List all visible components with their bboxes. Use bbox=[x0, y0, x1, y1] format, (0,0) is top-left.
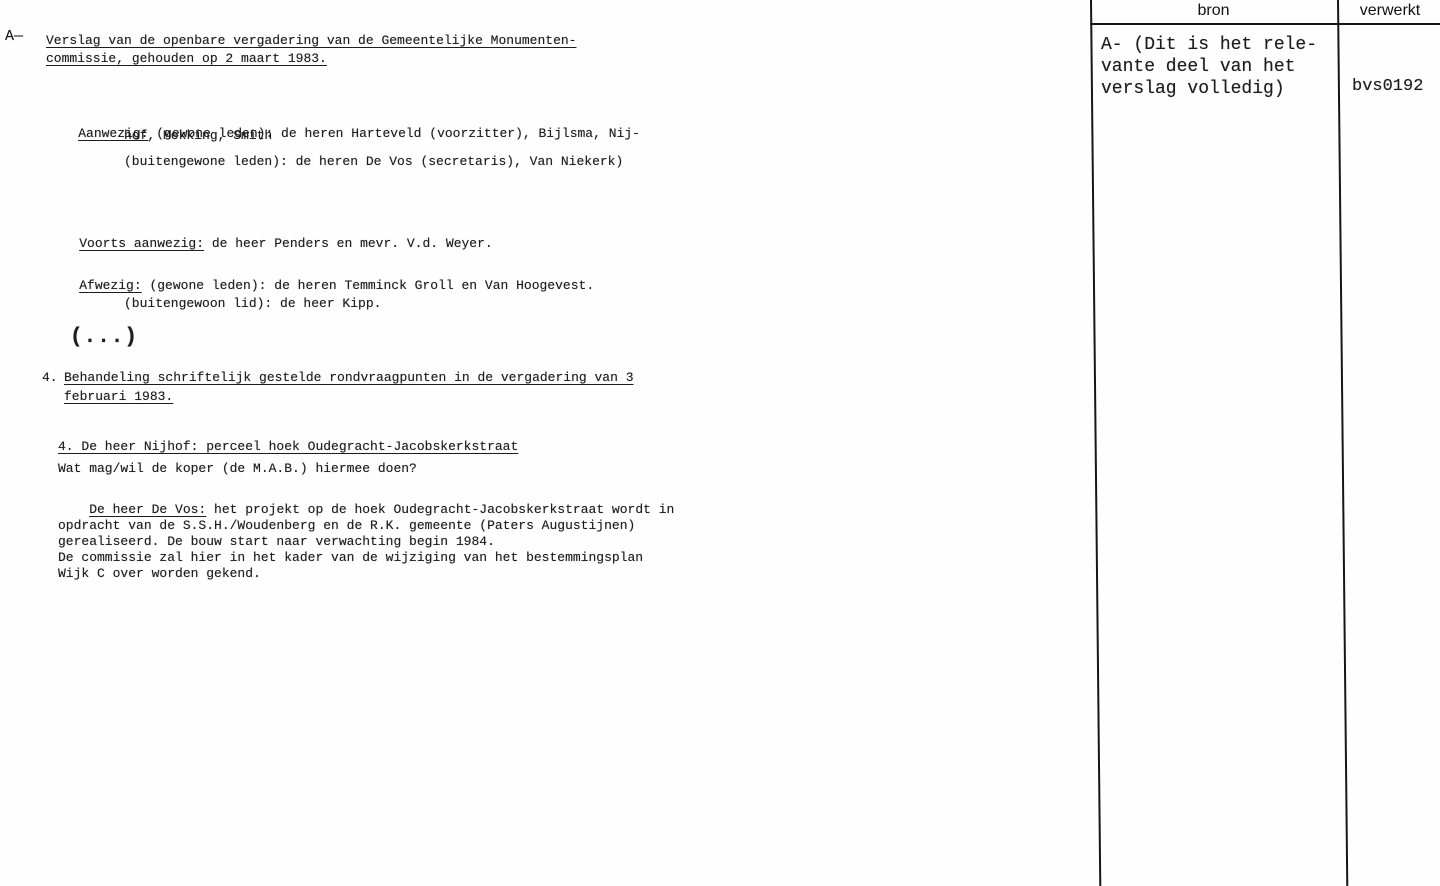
document-title-line2: commissie, gehouden op 2 maart 1983. bbox=[46, 51, 327, 67]
afwezig-buitengewoon-lid: (buitengewoon lid): de heer Kipp. bbox=[124, 296, 381, 312]
item4-heading-line1: Behandeling schriftelijk gestelde rondvr… bbox=[64, 370, 634, 386]
omission-ellipsis: (...) bbox=[70, 330, 138, 346]
verwerkt-cell-code: bvs0192 bbox=[1352, 77, 1423, 96]
table-border-middle bbox=[1337, 0, 1348, 886]
voorts-aanwezig-line: Voorts aanwezig: de heer Penders en mevr… bbox=[48, 220, 493, 268]
document-title-line1: Verslag van de openbare vergadering van … bbox=[46, 33, 577, 49]
item4-heading-line2: februari 1983. bbox=[64, 389, 173, 405]
afwezig-text: (gewone leden): de heren Temminck Groll … bbox=[142, 278, 594, 293]
subitem-heading: 4. De heer Nijhof: perceel hoek Oudegrac… bbox=[58, 439, 518, 455]
afwezig-label: Afwezig: bbox=[79, 278, 141, 293]
item4-number: 4. bbox=[42, 370, 58, 386]
table-header-underline bbox=[1090, 23, 1440, 25]
column-header-bron: bron bbox=[1090, 2, 1337, 20]
voorts-aanwezig-text: de heer Penders en mevr. V.d. Weyer. bbox=[204, 236, 493, 251]
subitem-question: Wat mag/wil de koper (de M.A.B.) hiermee… bbox=[58, 461, 417, 477]
scanned-document-page: A— Verslag van de openbare vergadering v… bbox=[0, 0, 1440, 886]
bron-cell-note: A- (Dit is het rele- vante deel van het … bbox=[1101, 34, 1317, 100]
aanwezig-continuation: hof, Mekking, Smith bbox=[124, 128, 272, 144]
column-header-verwerkt: verwerkt bbox=[1340, 2, 1440, 20]
voorts-aanwezig-label: Voorts aanwezig: bbox=[79, 236, 204, 251]
table-border-left bbox=[1090, 0, 1101, 886]
subitem-answer: De heer De Vos: het projekt op de hoek O… bbox=[58, 486, 674, 598]
answer-speaker-label: De heer De Vos: bbox=[89, 502, 206, 517]
aanwezig-buitengewone-leden: (buitengewone leden): de heren De Vos (s… bbox=[124, 154, 623, 170]
margin-label: A— bbox=[5, 29, 23, 45]
